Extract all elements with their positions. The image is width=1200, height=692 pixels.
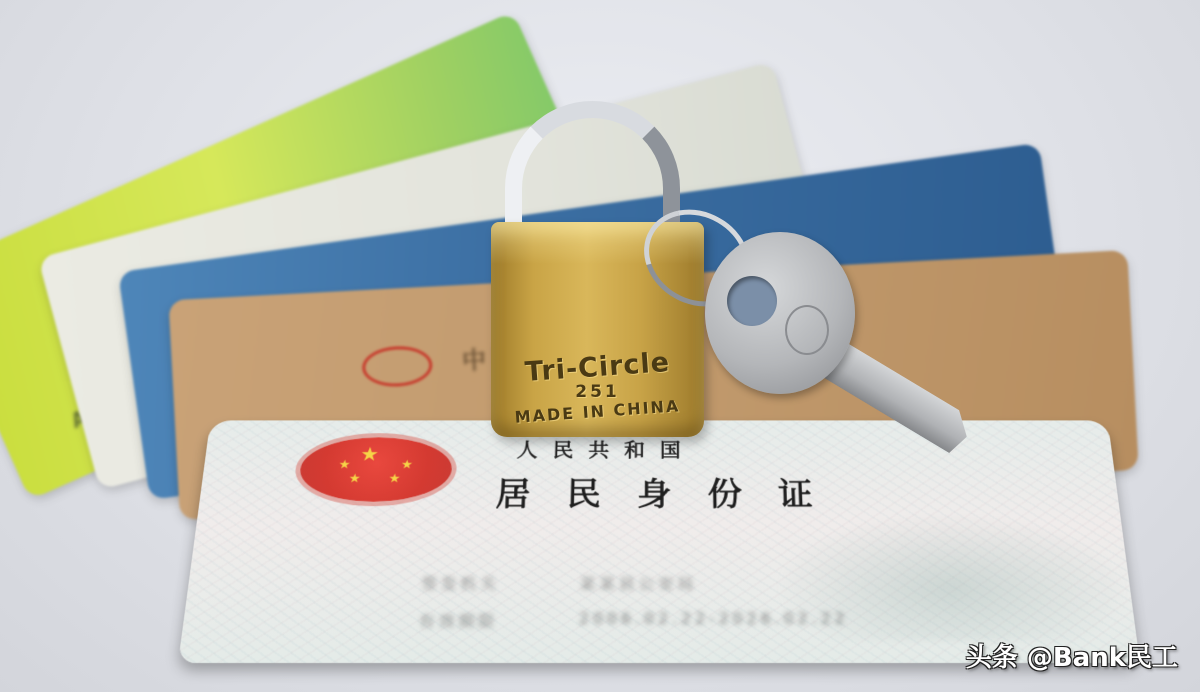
key-hole	[727, 276, 777, 326]
issuer-value: 某某县公安局	[580, 572, 698, 593]
bank-seal-icon	[361, 345, 433, 389]
validity-value: 2006.02.22-2026.02.22	[579, 609, 849, 627]
issuer-label: 签发机关	[421, 572, 500, 593]
validity-label: 有效期限	[418, 609, 498, 631]
key-icon	[705, 232, 855, 394]
id-card-header: 人民共和国	[516, 436, 695, 463]
resident-id-card: ★ ★ ★ ★ ★ 人民共和国 居民身份证 签发机关 某某县公安局 有效期限 2…	[178, 420, 1140, 663]
key-logo-icon	[785, 305, 829, 355]
id-card-title: 居民身份证	[495, 470, 850, 515]
photo-scene: ABC 中国农业银行 中国建设银行 中国工商银行 中国银行 ★ ★ ★ ★ ★ …	[0, 0, 1200, 692]
national-emblem-icon: ★ ★ ★ ★ ★	[297, 437, 454, 501]
source-watermark: 头条 @Bank民工	[966, 637, 1178, 674]
